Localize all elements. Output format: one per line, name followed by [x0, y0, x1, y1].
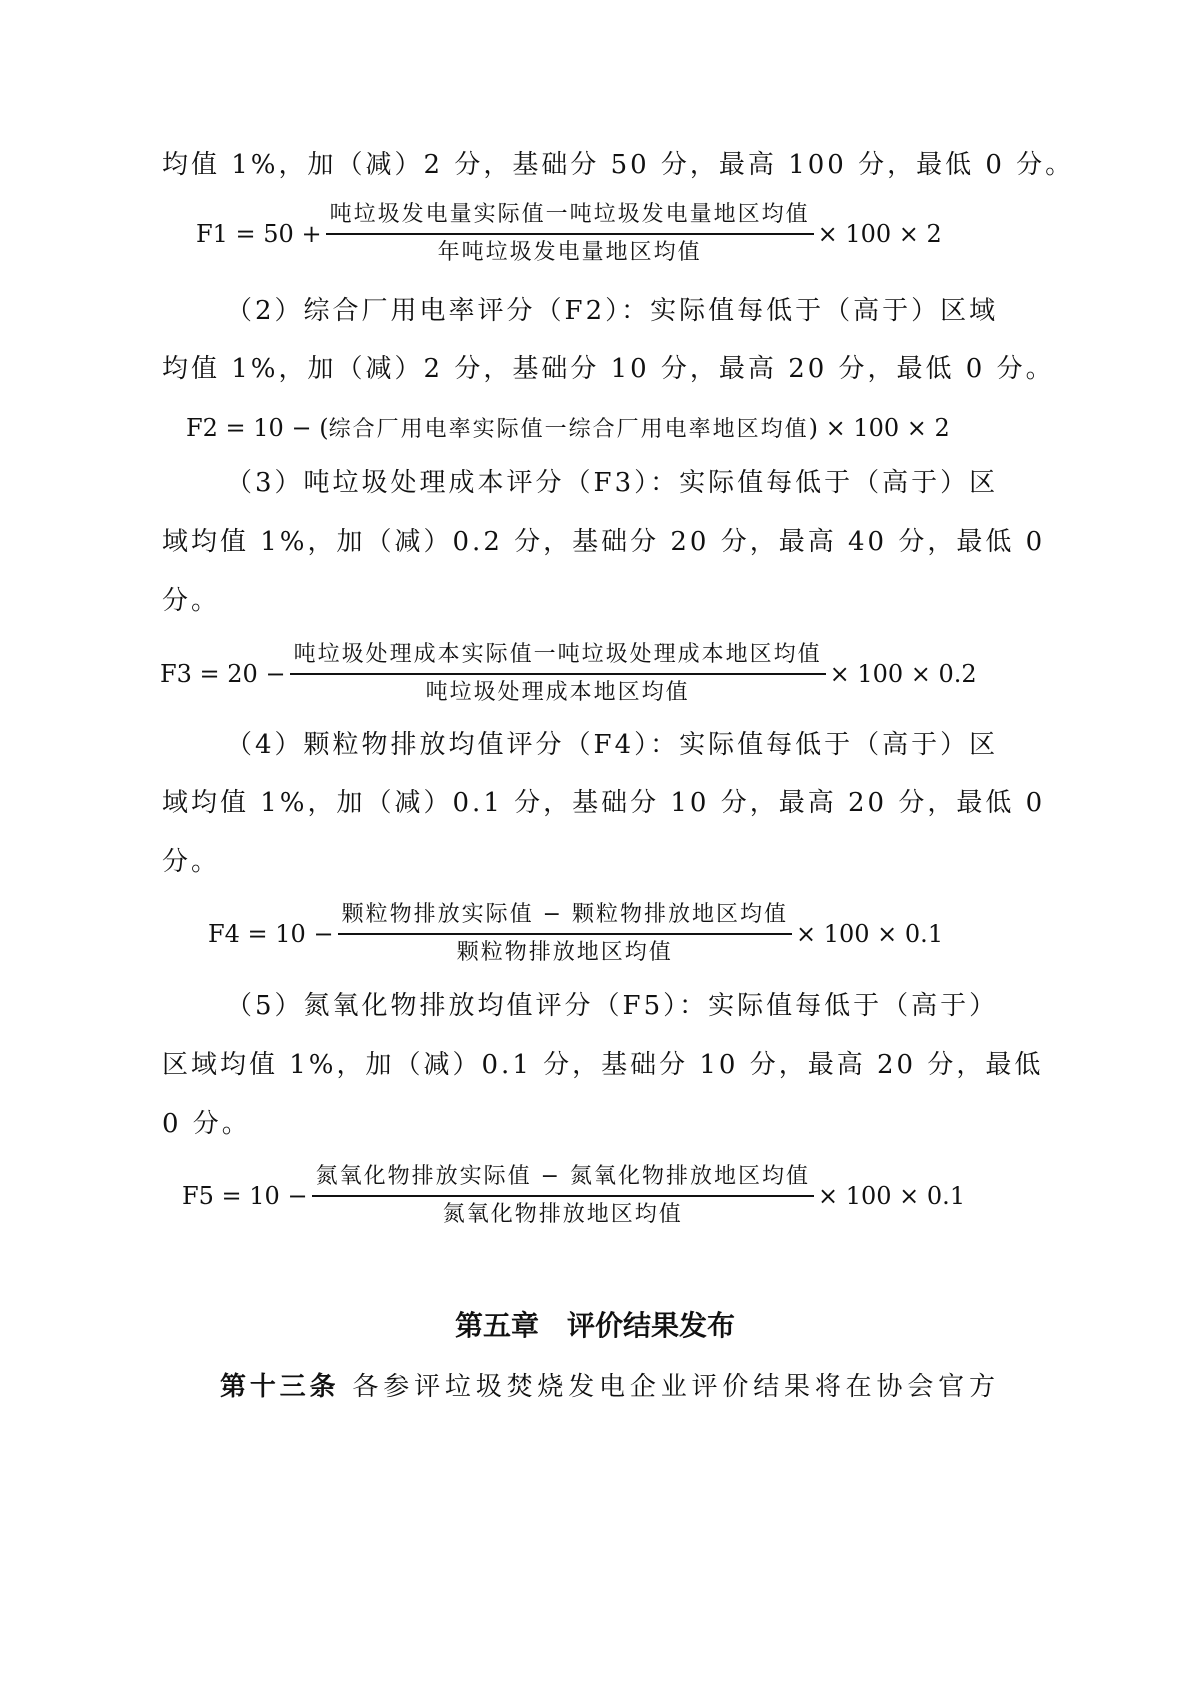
formula-f1-denominator: 年吨垃圾发电量地区均值 — [434, 238, 706, 268]
paragraph-f2-line-2: 均值 1%，加（减）2 分，基础分 10 分，最高 20 分，最低 0 分。 — [162, 352, 998, 386]
formula-f3-denominator: 吨垃圾处理成本地区均值 — [422, 678, 694, 708]
paragraph-f2-line-1: （2）综合厂用电率评分（F2）：实际值每低于（高于）区域 — [226, 294, 998, 328]
article-13-line-1: 第十三条 各参评垃圾焚烧发电企业评价结果将在协会官方 — [220, 1370, 998, 1404]
paragraph-f5-line-2: 区域均值 1%，加（减）0.1 分，基础分 10 分，最高 20 分，最低 — [162, 1048, 998, 1082]
formula-f4-fraction: 颗粒物排放实际值 − 颗粒物排放地区均值 颗粒物排放地区均值 — [338, 900, 792, 968]
formula-f1-numerator: 吨垃圾发电量实际值一吨垃圾发电量地区均值 — [326, 200, 814, 230]
formula-f5-rhs: × 100 × 0.1 — [818, 1182, 965, 1210]
fraction-bar — [338, 933, 792, 935]
formula-f4-numerator: 颗粒物排放实际值 − 颗粒物排放地区均值 — [338, 900, 792, 930]
formula-f2-body: 综合厂用电率实际值一综合厂用电率地区均值 — [329, 412, 809, 443]
fraction-bar — [312, 1195, 814, 1197]
paragraph-f4-line-2: 域均值 1%，加（减）0.1 分，基础分 10 分，最高 20 分，最低 0 — [162, 786, 998, 820]
formula-f1: F1 = 50 + 吨垃圾发电量实际值一吨垃圾发电量地区均值 年吨垃圾发电量地区… — [196, 200, 942, 268]
formula-f5-denominator: 氮氧化物排放地区均值 — [439, 1200, 687, 1230]
formula-f2-lhs: F2 = 10 − ( — [186, 414, 329, 442]
paragraph-f5-line-3: 0 分。 — [162, 1107, 998, 1141]
formula-f5-lhs: F5 = 10 − — [182, 1182, 308, 1210]
formula-f1-fraction: 吨垃圾发电量实际值一吨垃圾发电量地区均值 年吨垃圾发电量地区均值 — [326, 200, 814, 268]
formula-f4-rhs: × 100 × 0.1 — [796, 920, 943, 948]
document-page: 均值 1%，加（减）2 分，基础分 50 分，最高 100 分，最低 0 分。 … — [0, 0, 1190, 1683]
fraction-bar — [326, 233, 814, 235]
formula-f4-lhs: F4 = 10 − — [208, 920, 334, 948]
formula-f4-denominator: 颗粒物排放地区均值 — [453, 938, 677, 968]
article-text: 各参评垃圾焚烧发电企业评价结果将在协会官方 — [339, 1372, 998, 1402]
paragraph-f3-line-2: 域均值 1%，加（减）0.2 分，基础分 20 分，最高 40 分，最低 0 — [162, 525, 998, 559]
formula-f1-lhs: F1 = 50 + — [196, 220, 322, 248]
formula-f3-numerator: 吨垃圾处理成本实际值一吨垃圾处理成本地区均值 — [290, 640, 826, 670]
formula-f2-rhs: ) × 100 × 2 — [809, 414, 950, 442]
paragraph-f3-line-1: （3）吨垃圾处理成本评分（F3）：实际值每低于（高于）区 — [226, 466, 998, 500]
formula-f3-rhs: × 100 × 0.2 — [830, 660, 977, 688]
paragraph-f3-line-3: 分。 — [162, 584, 998, 618]
formula-f5-fraction: 氮氧化物排放实际值 − 氮氧化物排放地区均值 氮氧化物排放地区均值 — [312, 1162, 814, 1230]
paragraph-f5-line-1: （5）氮氧化物排放均值评分（F5）：实际值每低于（高于） — [226, 989, 998, 1023]
chapter-heading: 第五章 评价结果发布 — [0, 1308, 1190, 1344]
fraction-bar — [290, 673, 826, 675]
formula-f4: F4 = 10 − 颗粒物排放实际值 − 颗粒物排放地区均值 颗粒物排放地区均值… — [208, 900, 943, 968]
formula-f2: F2 = 10 − ( 综合厂用电率实际值一综合厂用电率地区均值 ) × 100… — [186, 412, 950, 443]
article-label: 第十三条 — [220, 1372, 339, 1402]
paragraph-f4-line-3: 分。 — [162, 845, 998, 879]
paragraph-f1-criterion-tail: 均值 1%，加（减）2 分，基础分 50 分，最高 100 分，最低 0 分。 — [162, 148, 998, 182]
formula-f5: F5 = 10 − 氮氧化物排放实际值 − 氮氧化物排放地区均值 氮氧化物排放地… — [182, 1162, 965, 1230]
formula-f5-numerator: 氮氧化物排放实际值 − 氮氧化物排放地区均值 — [312, 1162, 814, 1192]
formula-f1-rhs: × 100 × 2 — [818, 220, 942, 248]
formula-f3: F3 = 20 − 吨垃圾处理成本实际值一吨垃圾处理成本地区均值 吨垃圾处理成本… — [160, 640, 977, 708]
formula-f3-fraction: 吨垃圾处理成本实际值一吨垃圾处理成本地区均值 吨垃圾处理成本地区均值 — [290, 640, 826, 708]
paragraph-f4-line-1: （4）颗粒物排放均值评分（F4）：实际值每低于（高于）区 — [226, 728, 998, 762]
formula-f3-lhs: F3 = 20 − — [160, 660, 286, 688]
